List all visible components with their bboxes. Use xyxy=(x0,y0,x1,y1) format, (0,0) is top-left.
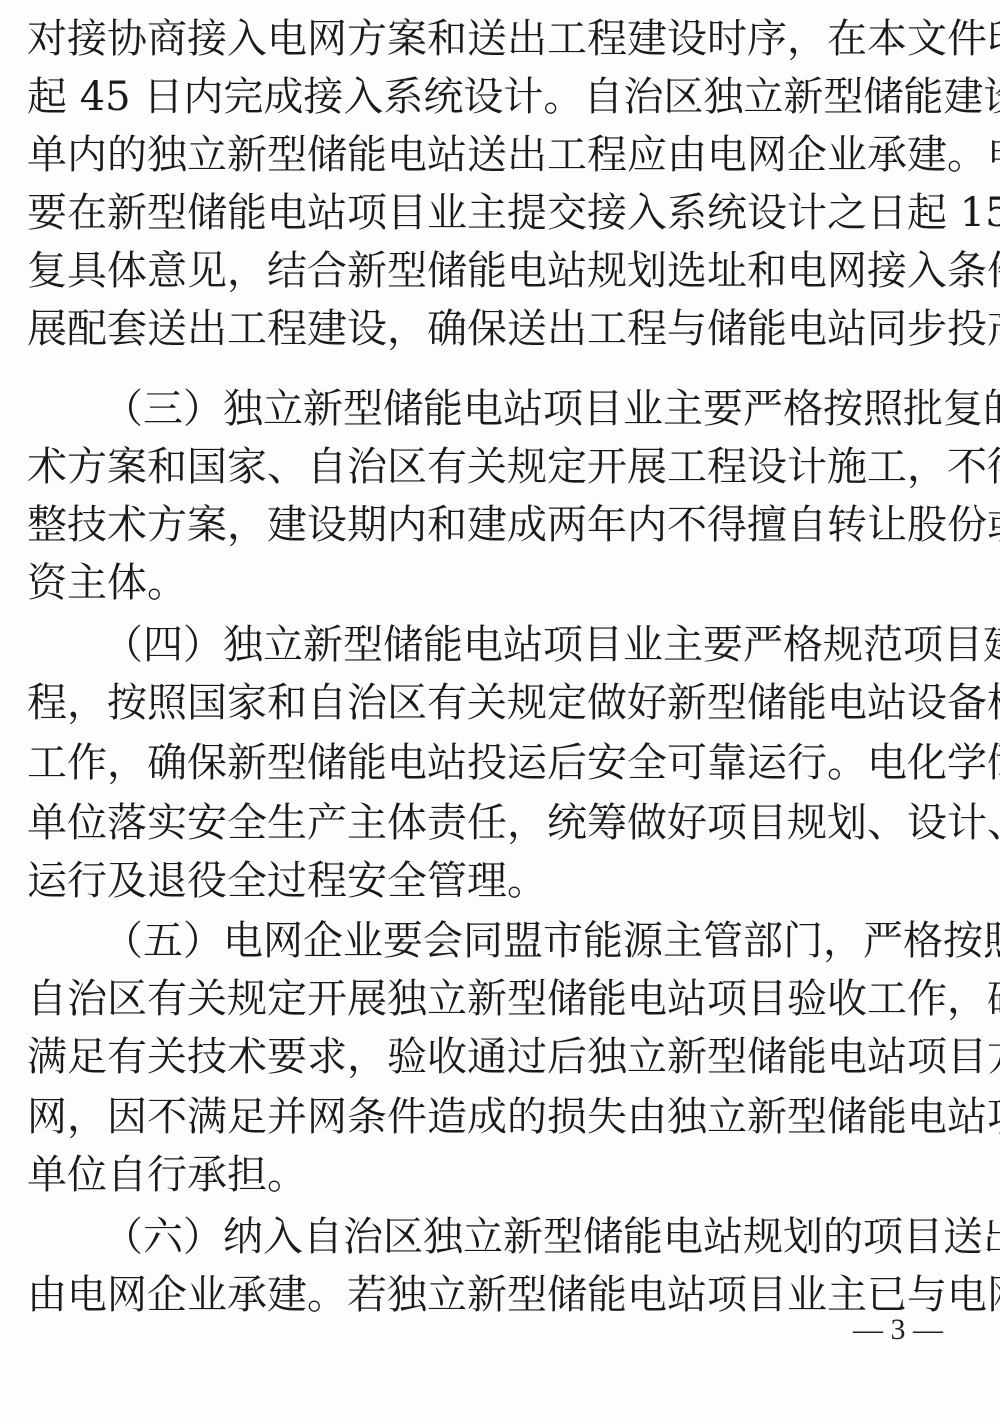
text-line: 运行及退役全过程安全管理。 xyxy=(27,858,948,904)
text-line: 对接协商接入电网方案和送出工程建设时序，在本文件印发之日 xyxy=(27,16,948,62)
text-line: 要在新型储能电站项目业主提交接入系统设计之日起 15 日内答 xyxy=(27,190,948,236)
paragraph-first-line: （四）独立新型储能电站项目业主要严格规范项目建设流 xyxy=(103,622,948,668)
text-line: 满足有关技术要求，验收通过后独立新型储能电站项目方可并 xyxy=(27,1034,948,1080)
paragraph-first-line: （三）独立新型储能电站项目业主要严格按照批复的项目技 xyxy=(103,386,948,432)
text-line: 起 45 日内完成接入系统设计。自治区独立新型储能建设项目清 xyxy=(27,74,948,120)
text-line: 整技术方案，建设期内和建成两年内不得擅自转让股份或更改投 xyxy=(27,502,948,548)
text-line: 网，因不满足并网条件造成的损失由独立新型储能电站项目业主 xyxy=(27,1094,948,1140)
text-line: 单内的独立新型储能电站送出工程应由电网企业承建。电网企业 xyxy=(27,132,948,178)
text-line: 工作，确保新型储能电站投运后安全可靠运行。电化学储能项目 xyxy=(27,740,948,786)
paragraph-first-line: （五）电网企业要会同盟市能源主管部门，严格按照国家和 xyxy=(103,918,948,964)
text-line: 复具体意见，结合新型储能电站规划选址和电网接入条件尽快开 xyxy=(27,248,948,294)
text-line: 展配套送出工程建设，确保送出工程与储能电站同步投产。 xyxy=(27,306,948,352)
text-line: 由电网企业承建。若独立新型储能电站项目业主已与电网企业协 xyxy=(27,1272,948,1318)
text-line: 单位落实安全生产主体责任，统筹做好项目规划、设计、施工、 xyxy=(27,800,948,846)
document-page: 对接协商接入电网方案和送出工程建设时序，在本文件印发之日起 45 日内完成接入系… xyxy=(0,0,1000,1422)
text-line: 术方案和国家、自治区有关规定开展工程设计施工，不得擅自调 xyxy=(27,444,948,490)
text-line: 程，按照国家和自治区有关规定做好新型储能电站设备检验检测 xyxy=(27,680,948,726)
text-line: 单位自行承担。 xyxy=(27,1152,948,1198)
paragraph-first-line: （六）纳入自治区独立新型储能电站规划的项目送出工程应 xyxy=(103,1214,948,1260)
text-line: 资主体。 xyxy=(27,560,948,606)
page-number: — 3 — xyxy=(838,1310,958,1350)
text-line: 自治区有关规定开展独立新型储能电站项目验收工作，确保项目 xyxy=(27,976,948,1022)
